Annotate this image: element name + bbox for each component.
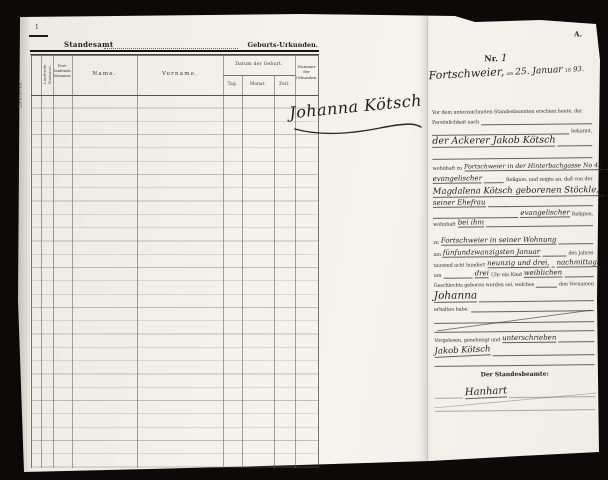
printed-text: erhalten habe. [434,306,469,312]
column-header-monat: Monat. [242,81,274,86]
form-line-child-name: Johanna [434,288,594,303]
form-line-1: Vor dem unterzeichneten Standesbeamten e… [432,105,592,116]
blank-line [432,156,592,160]
register-heading-geburtsurkunden: Geburts-Urkunden. [238,41,318,49]
printed-text: Vorgelesen, genehmigt und [434,337,500,344]
printed-text: tausend acht hundert [434,262,486,269]
empty-register-rows [31,95,318,468]
fortlaufende-line3: Nummer. [53,73,72,78]
nr-value: 1 [501,53,507,64]
form-line-blank-c [434,322,594,333]
form-line-closing: Vorgelesen, genehmigt und unterschrieben [434,333,594,344]
declarant-signature: Jakob Kötsch [434,344,491,358]
declarant-hand: der Ackerer Jakob Kötsch [432,135,555,148]
religion-hand: evangelischer [433,174,482,184]
certificate-page: A. Nr. 1 Fortschweier, am 25. Januar 18 … [426,21,607,469]
form-line-birthplace: zu Fortschweier in seiner Wohnung [433,235,593,246]
form-letter: A. [574,29,582,38]
datum-split-line [223,75,295,76]
form-line-blank-e [435,401,595,412]
blank-line [604,168,607,170]
place-hand: Fortschweier, [428,65,504,82]
form-line-with-him: wohnhaft bei ihm [433,217,593,228]
blank-line [542,254,566,256]
nr-label: Nr. [484,53,498,63]
form-line-signature-officer: Hanhart [435,384,595,399]
officer-signature: Hanhart [465,385,508,399]
hour-hand: drei [475,269,489,278]
column-header-tag: Tag. [223,81,242,86]
page-number-rule [29,35,48,37]
urkunden-line3: Urkunden. [295,75,318,80]
blank-line [471,309,594,312]
table-top-line [31,55,318,56]
mother-hand: Magdalena Kötsch geborenen Stöckle, [433,185,599,198]
year-printed: 18 [565,68,572,74]
printed-text: zu [433,240,439,246]
printed-text: wohnhaft [433,222,456,228]
blank-line [443,276,472,278]
am-label: am [506,72,513,77]
blank-line [558,144,593,146]
date-hand: 25. Januar [515,65,563,78]
column-header-zeit: Zeit. [274,81,295,86]
form-line-sex: Geschlechts geboren worden sei, welches … [434,278,594,289]
sex-hand: weiblichen [524,269,563,278]
printed-text: Persönlichkeit nach [432,119,479,125]
blank-line [552,266,555,268]
blank-line [484,181,504,183]
signature-flourish [292,123,424,137]
withhim-hand: bei ihm [458,218,485,227]
residence-hand: Fortschweier in der Hinterbachgasse No 4… [464,162,602,171]
printed-text: wohnhaft zu [433,166,463,172]
column-header-urkunden: Nummer der Urkunden. [295,64,318,80]
blank-line [435,408,595,412]
birthplace-hand: Fortschweier in seiner Wohnung [441,236,557,246]
daytime-hand: nachmittags [557,258,601,267]
blank-line [558,340,594,342]
column-header-fortlaufende: Fort- laufende Nummer. [53,63,72,78]
form-line-time: um drei Uhr ein Kind weiblichen [434,268,594,279]
blank-line [435,397,463,399]
blank-line [487,204,592,207]
year-hand: 93. [573,65,585,74]
printed-text: Religion, und zeigte an, daß von der [506,176,593,183]
form-line-signature-declarant: Jakob Kötsch [434,344,594,357]
birthdate-hand: fünfundzwanzigsten Januar [443,248,540,258]
year-words-hand: neunzig und drei, [487,259,550,269]
form-line-officer-label: Der Standesbeamte: [435,368,595,379]
column-header-running-number: Laufende Nummer. [42,56,53,93]
form-line-mother: Magdalena Kötsch geborenen Stöckle, [433,185,593,198]
title-rule-heavy [30,50,319,52]
printed-text: des Jahres [568,250,593,256]
form-line-blank-d [435,356,595,367]
blank-line [536,286,557,288]
form-line-birthdate: am fünfundzwanzigsten Januar des Jahres [433,247,593,258]
form-line-year: tausend acht hundert neunzig und drei, n… [433,258,593,269]
column-header-name: Name. [72,71,137,77]
column-header-datum-group: Datum der Geburt. [223,62,295,67]
form-line-religion-1: evangelischer Religion, und zeigte an, d… [433,173,593,184]
scanned-register-spread: 1 Geburten. Standesamt Geburts-Urkunden.… [0,0,608,480]
spine-label: Geburten. [19,48,24,108]
record-number-line: Nr. 1 [484,53,507,64]
wife-hand: seiner Ehefrau [433,198,486,208]
form-line-blank-a [432,149,592,160]
form-line-2: Persönlichkeit nach [432,115,592,126]
standesamt-dotted-blank [104,42,238,49]
blank-line [558,242,593,244]
child-name-hand: Johanna [434,289,477,302]
form-line-declarant: der Ackerer Jakob Kötsch [432,134,592,148]
blank-line [601,194,604,196]
column-header-vorname: Vorname. [137,71,223,77]
printed-text: Uhr ein Kind [491,272,522,278]
blank-line [509,395,595,398]
form-line-received: erhalten habe. [434,302,594,313]
form-line-residence: wohnhaft zu Fortschweier in der Hinterba… [432,161,592,172]
printed-text: den Vornamen [559,281,594,287]
printed-text: am [433,252,440,258]
blank-line [486,224,593,227]
page-number: 1 [35,24,39,31]
officer-label: Der Standesbeamte: [481,371,549,379]
blank-line [564,275,593,277]
closing-hand: unterschrieben [502,334,556,344]
printed-text: um [434,273,442,279]
blank-line [435,363,595,367]
form-line-wife: seiner Ehefrau [433,197,593,208]
place-date-line: Fortschweier, am 25. Januar 18 93. [428,61,584,82]
blank-line [434,329,594,333]
printed-text: Geschlechts geboren worden sei, welches [434,282,534,289]
